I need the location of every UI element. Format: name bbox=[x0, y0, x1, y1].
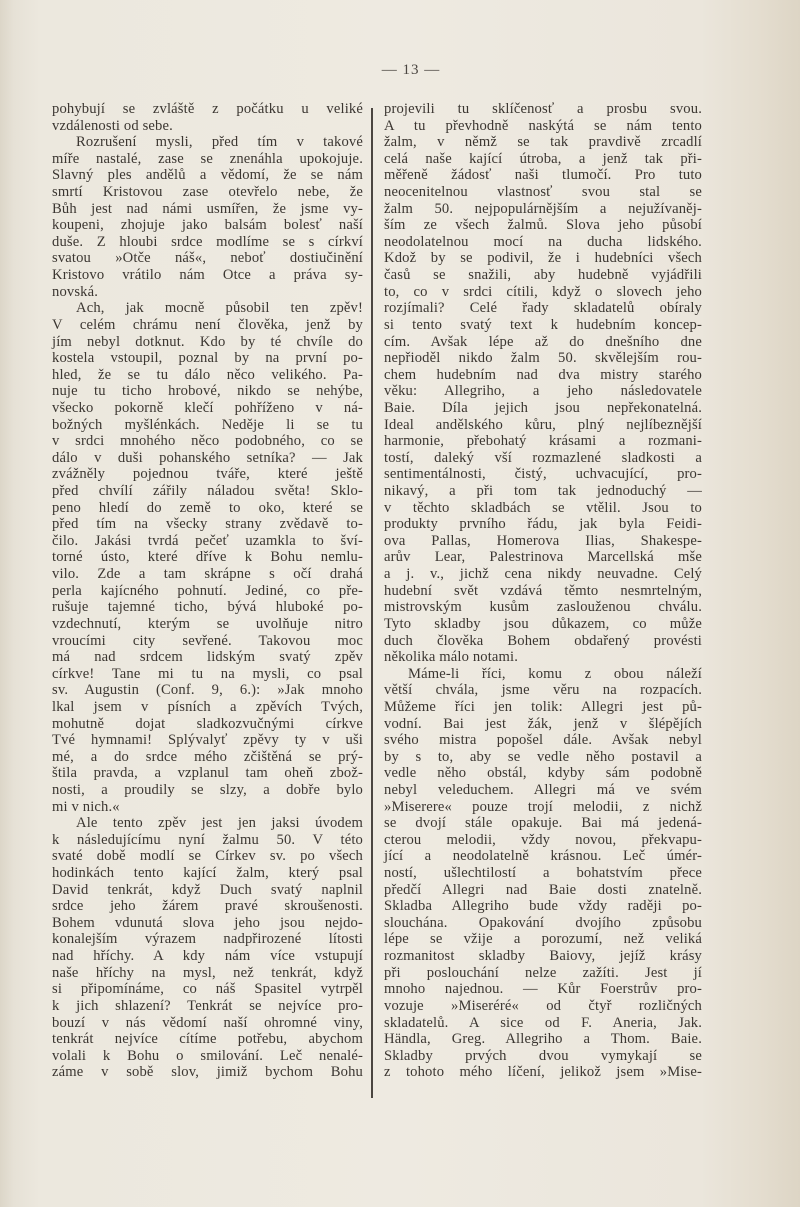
text-line: konalejším výrazem nadpřirozené lítosti bbox=[52, 931, 363, 948]
text-line: to, co v srdci cítili, když o slovech je… bbox=[384, 284, 702, 301]
text-line: svaté době modlí se Církev sv. po všech bbox=[52, 848, 363, 865]
text-line: si připomínáme, co náš Spasitel vytrpěl bbox=[52, 981, 363, 998]
text-line: v těchto skladbách se vtělil. Jsou to bbox=[384, 500, 702, 517]
text-line: arův Lear, Palestrinova Marcellská mše bbox=[384, 549, 702, 566]
text-line: Kdož by se podivil, že i hudebníci všech bbox=[384, 250, 702, 267]
page-number: — 13 — bbox=[0, 62, 800, 79]
text-line: Tyto skladby jsou důkazem, co může bbox=[384, 616, 702, 633]
text-line: Händla, Greg. Allegriho a Thom. Baie. bbox=[384, 1031, 702, 1048]
text-line: lépe se vžije a porozumí, než veliká bbox=[384, 931, 702, 948]
text-line: svého mistra popošel dále. Avšak nebyl bbox=[384, 732, 702, 749]
text-line: slouchána. Opakování dvojího způsobu bbox=[384, 915, 702, 932]
text-line: nuje tu ticho hrobové, nikdo se nehýbe, bbox=[52, 383, 363, 400]
text-line: srdce jeho žárem pravé skroušenosti. bbox=[52, 898, 363, 915]
text-line: mistrovským kusům zaslouženou chválu. bbox=[384, 599, 702, 616]
text-line: novská. bbox=[52, 284, 363, 301]
text-line: hled, že se tu dálo něco velikého. Pa- bbox=[52, 367, 363, 384]
text-line: k jich shlazení? Tenkrát se nejvíce pro- bbox=[52, 998, 363, 1015]
text-line: Bůh jest nad námi usmířen, že jsme vy- bbox=[52, 201, 363, 218]
text-line: božných myšlénkách. Neděje li se tu bbox=[52, 417, 363, 434]
text-line: Máme-li říci, komu z obou náleží bbox=[384, 666, 702, 683]
text-line: cterou melodii, vždy novou, překvapu- bbox=[384, 832, 702, 849]
text-line: církve! Tane mi tu na mysli, co psal bbox=[52, 666, 363, 683]
text-line: celá naše kající útroba, a jenž tak při- bbox=[384, 151, 702, 168]
text-line: měřeně žádosť naši tlumočí. Pro tuto bbox=[384, 167, 702, 184]
text-line: Skladba Allegriho bude vždy raději po- bbox=[384, 898, 702, 915]
text-line: cím. Avšak lépe až do dnešního dne bbox=[384, 334, 702, 351]
text-line: nosti, a proudily se slzy, a dobře bylo bbox=[52, 782, 363, 799]
text-line: nikavý, a při tom tak jednoduchý — bbox=[384, 483, 702, 500]
text-line: má nad srdcem lidským svatý zpěv bbox=[52, 649, 363, 666]
text-line: lkal jsem v písních a zpěvích Tvých, bbox=[52, 699, 363, 716]
text-line: vzdechnutí, kterým se uvolňuje nitro bbox=[52, 616, 363, 633]
text-line: duch člověka Bohem obdařený provésti bbox=[384, 633, 702, 650]
text-line: Skladby prvých dvou vymykají se bbox=[384, 1048, 702, 1065]
text-line: smrtí Kristovou zase otevřelo nebe, že bbox=[52, 184, 363, 201]
text-line: vodní. Bai jest žák, jenž v šlépějích bbox=[384, 716, 702, 733]
text-line: mohutně dojat sladkozvučnými církve bbox=[52, 716, 363, 733]
text-line: žalm 50. nejpopulárnějším a nejužívaněj- bbox=[384, 201, 702, 218]
text-line: perla kajícného pohnutí. Jediné, co pře- bbox=[52, 583, 363, 600]
text-line: skladatelů. A sice od F. Aneria, Jak. bbox=[384, 1015, 702, 1032]
text-line: neodolatelnou mocí na ducha lidského. bbox=[384, 234, 702, 251]
right-column: projevili tu sklíčenosť a prosbu svou.A … bbox=[384, 101, 702, 1081]
text-line: předčí Allegri nad Baie dosti znatelně. bbox=[384, 882, 702, 899]
text-line: štila pravda, a vzplanul tam oheň zbož- bbox=[52, 765, 363, 782]
text-line: sv. Augustin (Conf. 9, 6.): »Jak mnoho bbox=[52, 682, 363, 699]
text-line: z tohoto mého líčení, jelikož jsem »Mise… bbox=[384, 1064, 702, 1081]
text-line: se dvojí stále opakuje. Bai má jedená- bbox=[384, 815, 702, 832]
text-line: mi v nich.« bbox=[52, 799, 363, 816]
text-line: ším ze všech žalmů. Slova jeho působí bbox=[384, 217, 702, 234]
text-line: jící a neodolatelně krásnou. Leč úmér- bbox=[384, 848, 702, 865]
text-line: pohybují se zvláště z počátku u veliké bbox=[52, 101, 363, 118]
text-line: koupeni, zhojuje jako balsám bolesť naší bbox=[52, 217, 363, 234]
text-line: duše. Z hloubi srdce modlíme se s církví bbox=[52, 234, 363, 251]
text-line: čilo. Jakási tvrdá pečeť uzamkla to šví- bbox=[52, 533, 363, 550]
text-line: projevili tu sklíčenosť a prosbu svou. bbox=[384, 101, 702, 118]
text-line: si tento svatý text k hudebním koncep- bbox=[384, 317, 702, 334]
text-line: Ale tento zpěv jest jen jaksi úvodem bbox=[52, 815, 363, 832]
text-line: záme v sobě slov, jimiž bychom Bohu bbox=[52, 1064, 363, 1081]
text-line: časů se snažili, aby hudebně vyjádřili bbox=[384, 267, 702, 284]
text-line: by s to, aby se vedle něho postavil a bbox=[384, 749, 702, 766]
text-line: hodinkách tento kající žalm, který psal bbox=[52, 865, 363, 882]
text-line: hudební svět vzdává těmto nesmrtelným, bbox=[384, 583, 702, 600]
text-line: ova Pallas, Homerova Ilias, Shakespe- bbox=[384, 533, 702, 550]
text-line: V celém chrámu není člověka, jenž by bbox=[52, 317, 363, 334]
text-line: A tu převhodně naskýtá se nám tento bbox=[384, 118, 702, 135]
text-line: při poslouchání nelze zažíti. Jest jí bbox=[384, 965, 702, 982]
text-line: míře nastalé, zase se znenáhla upokojuje… bbox=[52, 151, 363, 168]
text-line: neocenitelnou vlastnosť svou stal se bbox=[384, 184, 702, 201]
text-line: »Miserere« pouze trojí melodii, z nichž bbox=[384, 799, 702, 816]
text-line: rozmanitost skladby Baiovy, jejíž krásy bbox=[384, 948, 702, 965]
text-line: větší chvála, jsme věru na rozpacích. bbox=[384, 682, 702, 699]
text-line: tostí, daleký vší rozmazlené sladkosti a bbox=[384, 450, 702, 467]
text-line: před chvílí zářily náladou světa! Sklo- bbox=[52, 483, 363, 500]
text-line: zvážněly pojednou tváře, které ještě bbox=[52, 466, 363, 483]
text-line: nebyl veleduchem. Allegri má ve svém bbox=[384, 782, 702, 799]
column-divider bbox=[371, 108, 373, 1098]
text-line: naše hříchy na mysl, než tenkrát, když bbox=[52, 965, 363, 982]
text-line: peno hledí do země to oko, které se bbox=[52, 500, 363, 517]
text-line: několika málo notami. bbox=[384, 649, 702, 666]
text-line: Můžeme říci jen tolik: Allegri jest pů- bbox=[384, 699, 702, 716]
text-line: Tvé hymnami! Splývalyť zpěvy ty v uši bbox=[52, 732, 363, 749]
text-line: chem hudebním nad dva mistry starého bbox=[384, 367, 702, 384]
text-line: věku: Allegriho, a jeho následovatele bbox=[384, 383, 702, 400]
text-line: Slavný ples andělů a vědomí, že se nám bbox=[52, 167, 363, 184]
text-line: David tenkrát, když Duch svatý naplnil bbox=[52, 882, 363, 899]
text-line: Bohem vdunutá slova jeho jsou nejdo- bbox=[52, 915, 363, 932]
text-line: jím nebyl dotknut. Kdo by té chvíle do bbox=[52, 334, 363, 351]
text-line: produkty prvního řádu, jak byla Feidi- bbox=[384, 516, 702, 533]
text-line: svatou »Otče náš«, neboť dostiučinění bbox=[52, 250, 363, 267]
text-line: rozjímali? Celé řady skladatelů obíraly bbox=[384, 300, 702, 317]
text-line: vroucími city sevřené. Takovou moc bbox=[52, 633, 363, 650]
text-line: mé, a do srdce mého zčištěná se prý- bbox=[52, 749, 363, 766]
text-line: bouzí v nás vědomí naší ohromné viny, bbox=[52, 1015, 363, 1032]
text-line: nepřioděl nikdo žalm 50. skvělejším rou- bbox=[384, 350, 702, 367]
text-line: dálo v duši pohanského setníka? — Jak bbox=[52, 450, 363, 467]
text-line: rušuje tajemné ticho, bývá hluboké po- bbox=[52, 599, 363, 616]
text-line: vedle něho obstál, kdyby sám podobně bbox=[384, 765, 702, 782]
text-line: nad hříchy. A kdy nám více vstupují bbox=[52, 948, 363, 965]
text-line: všecko pokorně klečí pohříženo v ná- bbox=[52, 400, 363, 417]
text-line: vzdálenosti od sebe. bbox=[52, 118, 363, 135]
text-line: vozuje »Miseréré« od čtyř rozličných bbox=[384, 998, 702, 1015]
text-line: a j. v., jichž cena nikdy neuvadne. Celý bbox=[384, 566, 702, 583]
text-line: Ach, jak mocně působil ten zpěv! bbox=[52, 300, 363, 317]
text-line: harmonie, přebohatý krásami a rozmani- bbox=[384, 433, 702, 450]
text-line: sentimentálnosti, čistý, uchvacující, pr… bbox=[384, 466, 702, 483]
text-line: v srdci mnohého něco podobného, co se bbox=[52, 433, 363, 450]
text-line: Baie. Díla jejich jsou nepřekonatelná. bbox=[384, 400, 702, 417]
text-line: Rozrušení mysli, před tím v takové bbox=[52, 134, 363, 151]
text-line: tenkrát nejvíce cítíme potřebu, abychom bbox=[52, 1031, 363, 1048]
text-line: žalm, v němž se tak pravdivě zrcadlí bbox=[384, 134, 702, 151]
text-line: Ideal andělského kůru, plný nejlíbeznějš… bbox=[384, 417, 702, 434]
text-line: volali k Bohu o smilování. Leč nenalé- bbox=[52, 1048, 363, 1065]
left-column: pohybují se zvláště z počátku u velikévz… bbox=[52, 101, 363, 1081]
text-line: mnoho najednou. — Kůr Foerstrův pro- bbox=[384, 981, 702, 998]
text-line: ností, ušlechtilostí a bohatstvím přece bbox=[384, 865, 702, 882]
book-page: — 13 — pohybují se zvláště z počátku u v… bbox=[0, 0, 800, 1207]
text-line: kostela vstoupil, poznal by na první po- bbox=[52, 350, 363, 367]
text-line: Kristovo vrátilo nám Otce a práva sy- bbox=[52, 267, 363, 284]
text-line: k následujícímu nyní žalmu 50. V této bbox=[52, 832, 363, 849]
text-line: vilo. Zde a tam skrápne s očí drahá bbox=[52, 566, 363, 583]
text-line: torné ústo, které dříve k Bohu nemlu- bbox=[52, 549, 363, 566]
text-line: před tím na všecky strany zvědavě to- bbox=[52, 516, 363, 533]
